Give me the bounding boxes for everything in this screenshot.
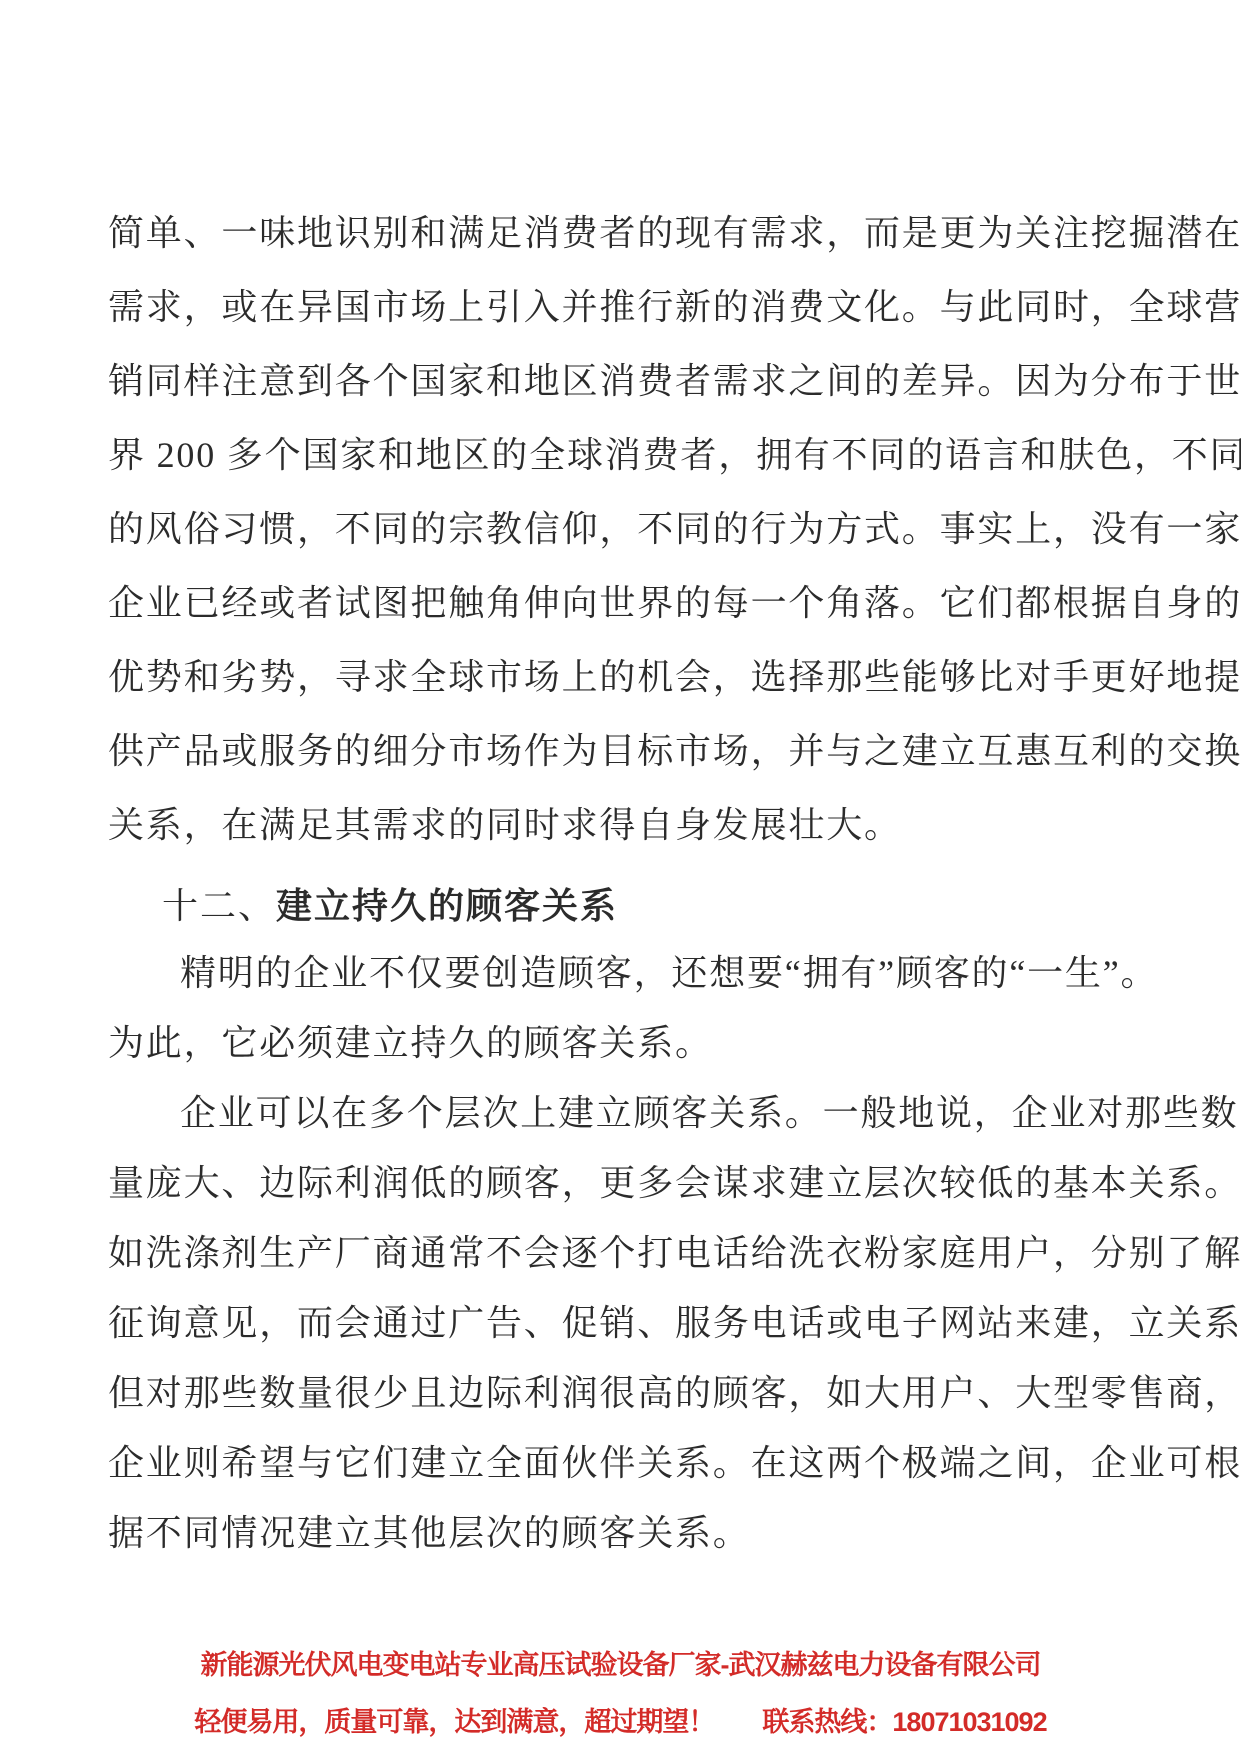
text-line: 企业可以在多个层次上建立顾客关系。一般地说，企业对那些数 bbox=[108, 1078, 1098, 1148]
text-line: 销同样注意到各个国家和地区消费者需求之间的差异。因为分布于世 bbox=[108, 344, 1098, 418]
section-heading: 十二、建立持久的顾客关系 bbox=[108, 874, 1098, 938]
text-line: 精明的企业不仅要创造顾客，还想要“拥有”顾客的“一生”。 bbox=[108, 938, 1098, 1008]
text-line: 量庞大、边际利润低的顾客，更多会谋求建立层次较低的基本关系。 bbox=[108, 1148, 1098, 1218]
page-footer: 新能源光伏风电变电站专业高压试验设备厂家-武汉赫兹电力设备有限公司 轻便易用，质… bbox=[0, 1648, 1241, 1739]
document-body: 简单、一味地识别和满足消费者的现有需求，而是更为关注挖掘潜在需求，或在异国市场上… bbox=[108, 196, 1098, 1568]
text-line: 但对那些数量很少且边际利润很高的顾客，如大用户、大型零售商， bbox=[108, 1358, 1098, 1428]
text-line: 企业则希望与它们建立全面伙伴关系。在这两个极端之间，企业可根 bbox=[108, 1428, 1098, 1498]
paragraph-global-marketing: 简单、一味地识别和满足消费者的现有需求，而是更为关注挖掘潜在需求，或在异国市场上… bbox=[108, 196, 1098, 862]
text-line: 优势和劣势，寻求全球市场上的机会，选择那些能够比对手更好地提 bbox=[108, 640, 1098, 714]
text-line: 简单、一味地识别和满足消费者的现有需求，而是更为关注挖掘潜在 bbox=[108, 196, 1098, 270]
footer-slogan: 轻便易用，质量可靠，达到满意，超过期望！ bbox=[194, 1705, 714, 1739]
footer-contact-line: 轻便易用，质量可靠，达到满意，超过期望！ 联系热线：18071031092 bbox=[0, 1705, 1241, 1739]
footer-hotline: 联系热线：18071031092 bbox=[762, 1705, 1046, 1739]
text-line: 的风俗习惯，不同的宗教信仰，不同的行为方式。事实上，没有一家 bbox=[108, 492, 1098, 566]
text-line: 如洗涤剂生产厂商通常不会逐个打电话给洗衣粉家庭用户，分别了解、 bbox=[108, 1218, 1098, 1288]
text-line: 关系，在满足其需求的同时求得自身发展壮大。 bbox=[108, 788, 1098, 862]
text-line: 企业已经或者试图把触角伸向世界的每一个角落。它们都根据自身的 bbox=[108, 566, 1098, 640]
text-line: 界 200 多个国家和地区的全球消费者，拥有不同的语言和肤色，不同 bbox=[108, 418, 1098, 492]
paragraph-customer-relationship-levels: 企业可以在多个层次上建立顾客关系。一般地说，企业对那些数量庞大、边际利润低的顾客… bbox=[108, 1078, 1098, 1568]
section-heading-title: 建立持久的顾客关系 bbox=[276, 885, 618, 926]
text-line: 供产品或服务的细分市场作为目标市场，并与之建立互惠互利的交换 bbox=[108, 714, 1098, 788]
paragraph-smart-enterprise: 精明的企业不仅要创造顾客，还想要“拥有”顾客的“一生”。为此，它必须建立持久的顾… bbox=[108, 938, 1098, 1078]
section-heading-number: 十二、 bbox=[162, 886, 276, 926]
text-line: 据不同情况建立其他层次的顾客关系。 bbox=[108, 1498, 1098, 1568]
footer-company-line: 新能源光伏风电变电站专业高压试验设备厂家-武汉赫兹电力设备有限公司 bbox=[0, 1648, 1241, 1682]
document-page: 简单、一味地识别和满足消费者的现有需求，而是更为关注挖掘潜在需求，或在异国市场上… bbox=[0, 0, 1241, 1754]
text-line: 为此，它必须建立持久的顾客关系。 bbox=[108, 1008, 1098, 1078]
text-line: 征询意见，而会通过广告、促销、服务电话或电子网站来建，立关系。 bbox=[108, 1288, 1098, 1358]
text-line: 需求，或在异国市场上引入并推行新的消费文化。与此同时，全球营 bbox=[108, 270, 1098, 344]
